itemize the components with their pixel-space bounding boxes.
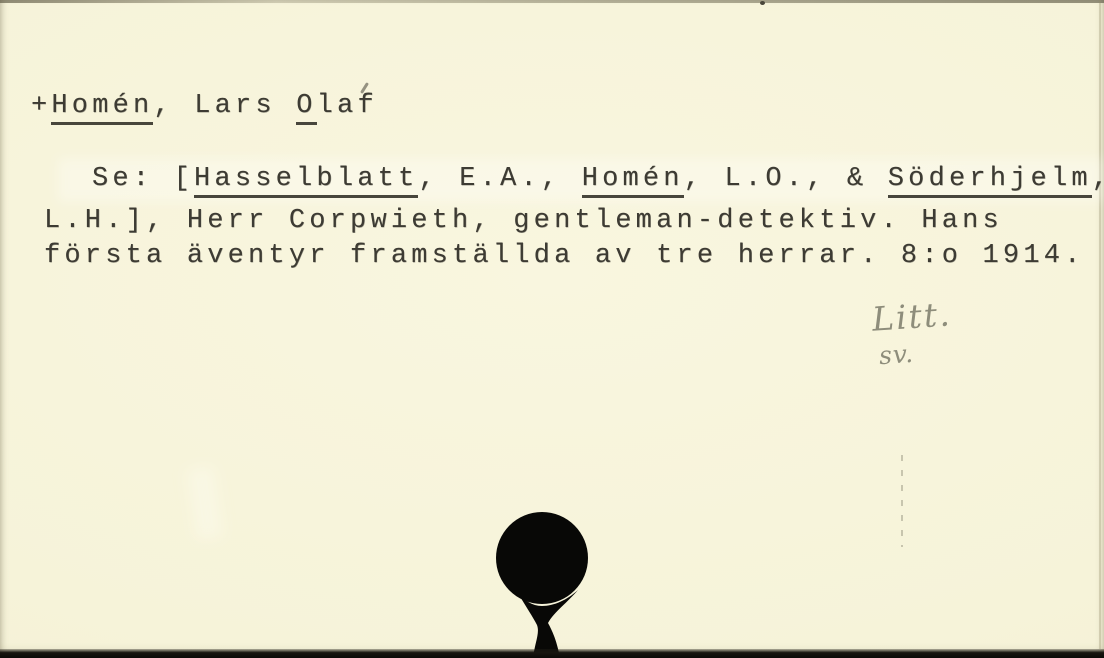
- heading-plus-sign: +: [31, 91, 51, 121]
- reference-mid-2: , L.O., &: [684, 164, 888, 194]
- heading-given-initial: O: [296, 91, 316, 125]
- scan-bottom-edge: [0, 649, 1104, 658]
- scan-smudge: [187, 467, 222, 540]
- referenced-author-3: Söderhjelm: [888, 164, 1092, 198]
- reference-mid-1: , E.A.,: [418, 164, 581, 194]
- faint-dashed-mark: [901, 455, 903, 547]
- reference-tail: ,: [1092, 164, 1104, 194]
- scan-top-edge: [0, 0, 1104, 3]
- pencil-annotation-litt: Litt.: [871, 294, 953, 338]
- pencil-annotation-sv: sv.: [878, 339, 915, 370]
- heading-given-rest: laf: [317, 91, 378, 121]
- heading-separator: , Lars: [153, 91, 296, 121]
- referenced-author-2: Homén: [582, 164, 684, 198]
- card-heading: +Homén, Lars Olaf: [31, 88, 378, 125]
- reference-line-3: första äventyr framställda av tre herrar…: [44, 238, 1085, 275]
- reference-line-1: Se: [Hasselblatt, E.A., Homén, L.O., & S…: [92, 161, 1104, 198]
- scan-right-edge: [1099, 0, 1101, 649]
- heading-surname: Homén: [51, 91, 153, 125]
- see-reference-lead: Se: [: [92, 164, 194, 194]
- punch-hole: [488, 505, 604, 658]
- dust-speck: [760, 1, 765, 5]
- reference-line-2: L.H.], Herr Corpwieth, gentleman-detekti…: [44, 203, 1003, 240]
- catalog-card: +Homén, Lars Olaf Se: [Hasselblatt, E.A.…: [0, 0, 1104, 658]
- referenced-author-1: Hasselblatt: [194, 164, 418, 198]
